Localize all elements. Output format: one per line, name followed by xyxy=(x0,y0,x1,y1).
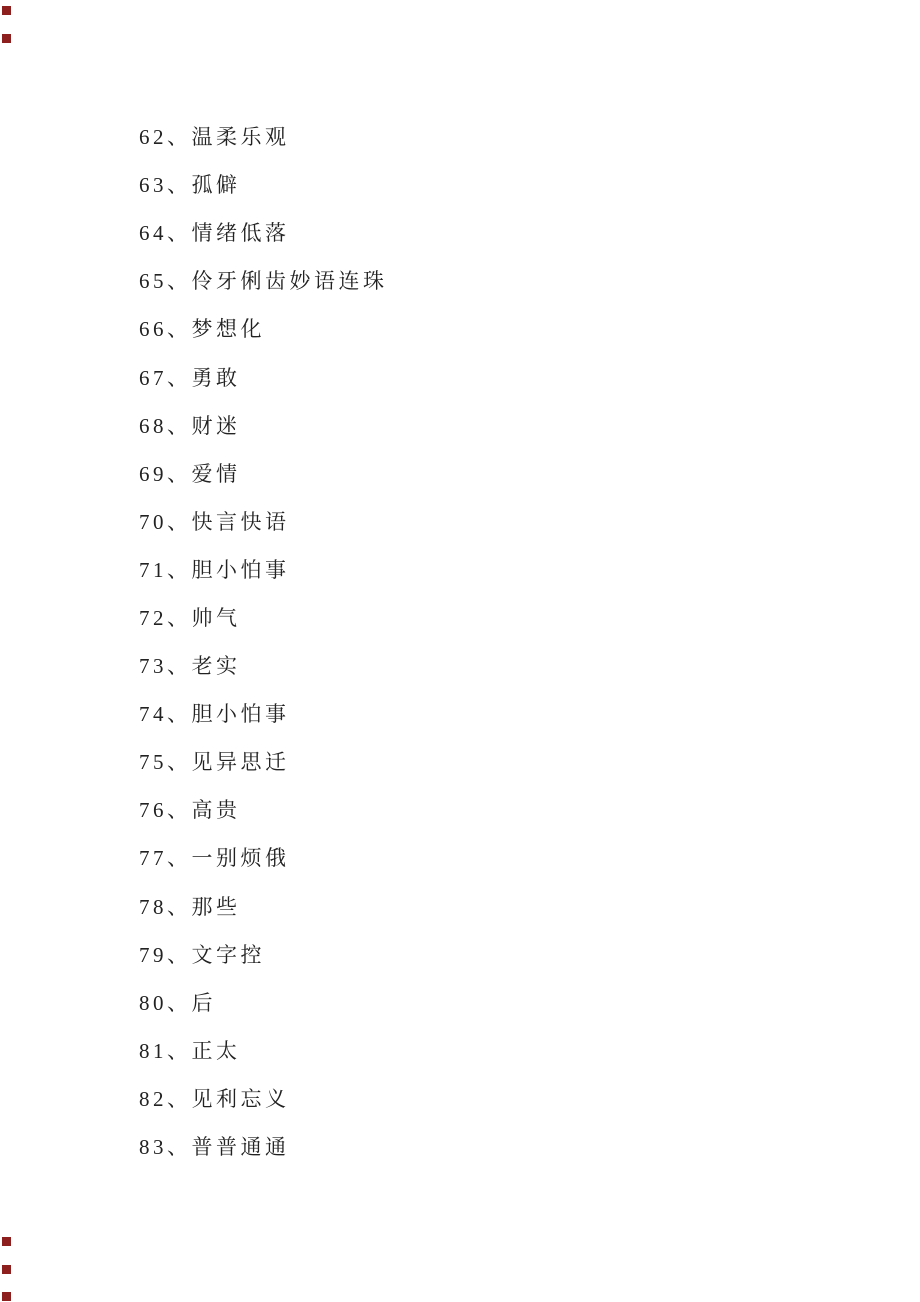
item-number: 69、 xyxy=(139,458,192,488)
item-text: 胆小怕事 xyxy=(192,554,290,584)
item-text: 帅气 xyxy=(192,602,241,632)
document-page: 62、温柔乐观63、孤僻64、情绪低落65、伶牙俐齿妙语连珠66、梦想化67、勇… xyxy=(0,0,920,1302)
item-number: 73、 xyxy=(139,650,192,680)
item-text: 快言快语 xyxy=(192,506,290,536)
item-number: 72、 xyxy=(139,602,192,632)
item-number: 80、 xyxy=(139,987,192,1017)
list-item: 71、胆小怕事 xyxy=(139,545,388,593)
list-item: 62、温柔乐观 xyxy=(139,112,388,160)
list-item: 72、帅气 xyxy=(139,593,388,641)
list-item: 74、胆小怕事 xyxy=(139,689,388,737)
red-corner-mark xyxy=(2,1292,11,1301)
list-item: 65、伶牙俐齿妙语连珠 xyxy=(139,256,388,304)
list-item: 82、见利忘义 xyxy=(139,1074,388,1122)
item-number: 76、 xyxy=(139,794,192,824)
item-number: 63、 xyxy=(139,169,192,199)
list-item: 77、一别烦俄 xyxy=(139,833,388,881)
item-text: 正太 xyxy=(192,1035,241,1065)
list-item: 78、那些 xyxy=(139,882,388,930)
list-item: 64、情绪低落 xyxy=(139,208,388,256)
item-text: 普普通通 xyxy=(192,1131,290,1161)
list-item: 80、后 xyxy=(139,978,388,1026)
list-item: 68、财迷 xyxy=(139,401,388,449)
red-corner-mark xyxy=(2,34,11,43)
item-number: 70、 xyxy=(139,506,192,536)
item-text: 爱情 xyxy=(192,458,241,488)
list-item: 75、见异思迁 xyxy=(139,737,388,785)
list-item: 79、文字控 xyxy=(139,930,388,978)
item-text: 一别烦俄 xyxy=(192,842,290,872)
item-number: 71、 xyxy=(139,554,192,584)
list-item: 66、梦想化 xyxy=(139,304,388,352)
item-text: 老实 xyxy=(192,650,241,680)
item-number: 68、 xyxy=(139,410,192,440)
list-item: 70、快言快语 xyxy=(139,497,388,545)
item-text: 胆小怕事 xyxy=(192,698,290,728)
item-text: 情绪低落 xyxy=(192,217,290,247)
item-text: 见利忘义 xyxy=(192,1083,290,1113)
item-text: 财迷 xyxy=(192,410,241,440)
item-number: 75、 xyxy=(139,746,192,776)
list-item: 63、孤僻 xyxy=(139,160,388,208)
item-number: 67、 xyxy=(139,362,192,392)
item-number: 78、 xyxy=(139,891,192,921)
item-text: 文字控 xyxy=(192,939,266,969)
item-number: 81、 xyxy=(139,1035,192,1065)
item-number: 64、 xyxy=(139,217,192,247)
item-text: 梦想化 xyxy=(192,313,266,343)
item-text: 孤僻 xyxy=(192,169,241,199)
item-number: 77、 xyxy=(139,842,192,872)
list-item: 76、高贵 xyxy=(139,785,388,833)
item-number: 83、 xyxy=(139,1131,192,1161)
item-number: 74、 xyxy=(139,698,192,728)
red-corner-mark xyxy=(2,1265,11,1274)
item-text: 伶牙俐齿妙语连珠 xyxy=(192,265,388,295)
item-text: 后 xyxy=(192,987,217,1017)
item-number: 62、 xyxy=(139,121,192,151)
item-text: 温柔乐观 xyxy=(192,121,290,151)
list-item: 73、老实 xyxy=(139,641,388,689)
item-text: 见异思迁 xyxy=(192,746,290,776)
list-item: 69、爱情 xyxy=(139,449,388,497)
list-item: 81、正太 xyxy=(139,1026,388,1074)
red-corner-mark xyxy=(2,1237,11,1246)
red-corner-mark xyxy=(2,6,11,15)
item-text: 那些 xyxy=(192,891,241,921)
item-number: 65、 xyxy=(139,265,192,295)
item-text: 勇敢 xyxy=(192,362,241,392)
list-item: 83、普普通通 xyxy=(139,1122,388,1170)
item-number: 79、 xyxy=(139,939,192,969)
item-number: 66、 xyxy=(139,313,192,343)
item-number: 82、 xyxy=(139,1083,192,1113)
item-text: 高贵 xyxy=(192,794,241,824)
list-item: 67、勇敢 xyxy=(139,352,388,400)
numbered-list: 62、温柔乐观63、孤僻64、情绪低落65、伶牙俐齿妙语连珠66、梦想化67、勇… xyxy=(139,112,388,1170)
